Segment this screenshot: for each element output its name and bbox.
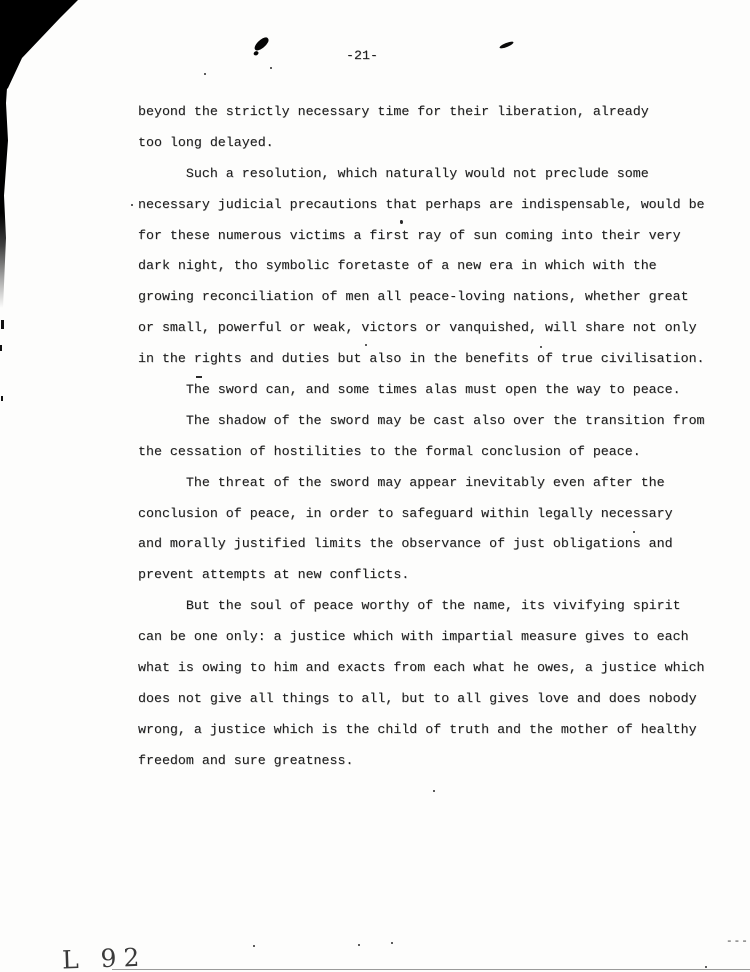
typed-line: can be one only: a justice which with im… [138, 622, 728, 653]
typed-line: prevent attempts at new conflicts. [138, 560, 728, 591]
typed-text: beyond the strictly necessary time for t… [138, 97, 728, 777]
typed-line: freedom and sure greatness. [138, 746, 728, 777]
scan-edge-strip [0, 58, 9, 308]
ink-smudge-right [499, 40, 514, 49]
typed-line: for these numerous victims a first ray o… [138, 221, 728, 252]
ink-smudge-left [252, 36, 270, 53]
typed-line: necessary judicial precautions that perh… [138, 190, 728, 221]
typed-line: too long delayed. [138, 128, 728, 159]
typed-line: and morally justified limits the observa… [138, 529, 728, 560]
page-number: -21- [346, 48, 378, 63]
typed-line: The sword can, and some times alas must … [138, 375, 728, 406]
typed-line: or small, powerful or weak, victors or v… [138, 313, 728, 344]
typed-line: growing reconciliation of men all peace-… [138, 282, 728, 313]
typed-line: what is owing to him and exacts from eac… [138, 653, 728, 684]
typed-line: The threat of the sword may appear inevi… [138, 468, 728, 499]
scan-edge-mark [0, 345, 2, 351]
bottom-edge-line [112, 969, 750, 970]
scan-edge-mark [1, 396, 3, 401]
typed-line: the cessation of hostilities to the form… [138, 437, 728, 468]
typed-line: But the soul of peace worthy of the name… [138, 591, 728, 622]
scanned-document-page: -21- beyond the strictly necessary time … [0, 0, 750, 972]
bottom-dashes: --- [726, 936, 749, 948]
handwritten-note: L 92 [62, 943, 147, 972]
typed-line: dark night, tho symbolic foretaste of a … [138, 251, 728, 282]
typed-line: does not give all things to all, but to … [138, 684, 728, 715]
scan-corner-black [0, 0, 90, 96]
typed-line: beyond the strictly necessary time for t… [138, 97, 728, 128]
typed-line: Such a resolution, which naturally would… [138, 159, 728, 190]
scan-edge-mark [1, 320, 4, 329]
typed-line: wrong, a justice which is the child of t… [138, 715, 728, 746]
typed-line: The shadow of the sword may be cast also… [138, 406, 728, 437]
typed-line: in the rights and duties but also in the… [138, 344, 728, 375]
typed-line: conclusion of peace, in order to safegua… [138, 499, 728, 530]
